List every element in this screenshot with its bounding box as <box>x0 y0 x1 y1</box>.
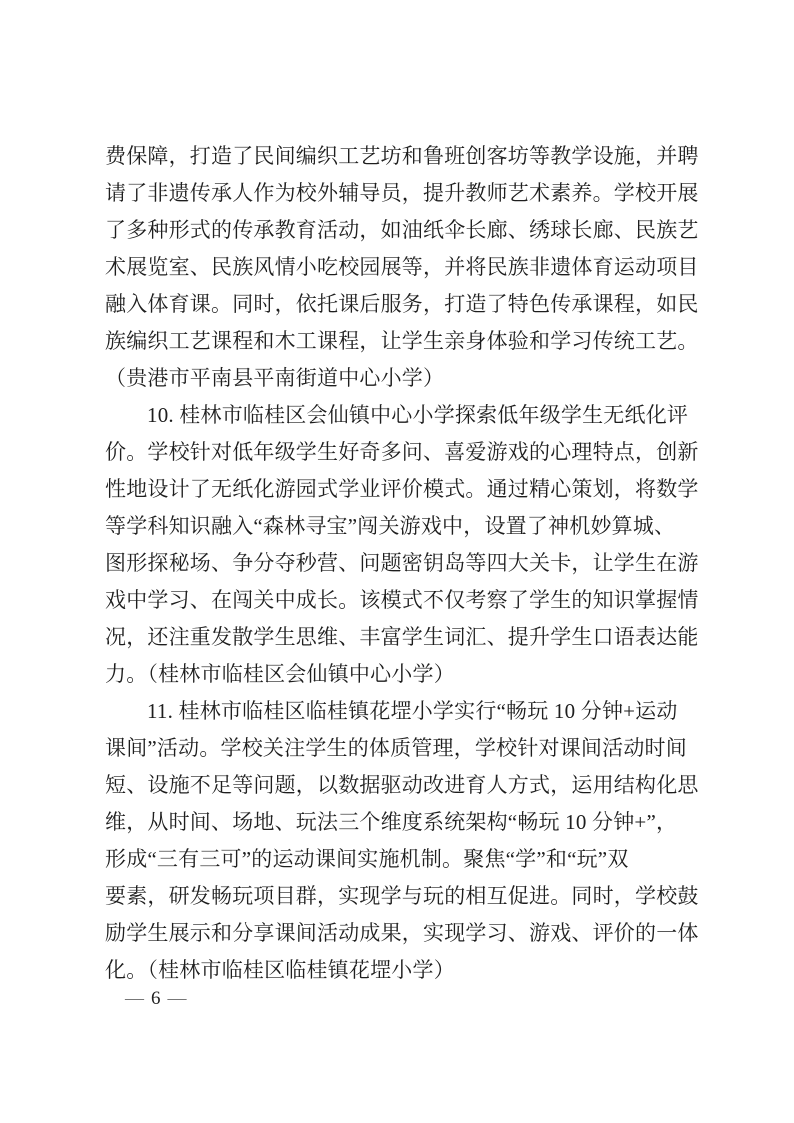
text-line: 10. 桂林市临桂区会仙镇中心小学探索低年级学生无纸化评 <box>105 397 705 434</box>
paragraph-10: 10. 桂林市临桂区会仙镇中心小学探索低年级学生无纸化评价。学校针对低年级学生好… <box>105 397 705 693</box>
text-line: 融入体育课。同时，依托课后服务，打造了特色传承课程，如民 <box>105 286 705 323</box>
text-line: 课间”活动。学校关注学生的体质管理，学校针对课间活动时间 <box>105 730 705 767</box>
page-footer: —6— <box>118 986 194 1012</box>
text-line: （贵港市平南县平南街道中心小学） <box>105 360 705 397</box>
document-body: 费保障，打造了民间编织工艺坊和鲁班创客坊等教学设施，并聘请了非遗传承人作为校外辅… <box>105 138 705 989</box>
text-line: 11. 桂林市临桂区临桂镇花堽小学实行“畅玩 10 分钟+运动 <box>105 693 705 730</box>
text-line: 性地设计了无纸化游园式学业评价模式。通过精心策划，将数学 <box>105 471 705 508</box>
text-line: 力。（桂林市临桂区会仙镇中心小学） <box>105 656 705 693</box>
text-line: 形成“三有三可”的运动课间实施机制。聚焦“学”和“玩”双 <box>105 841 705 878</box>
text-line: 等学科知识融入“森林寻宝”闯关游戏中，设置了神机妙算城、 <box>105 508 705 545</box>
text-line: 费保障，打造了民间编织工艺坊和鲁班创客坊等教学设施，并聘 <box>105 138 705 175</box>
text-line: 价。学校针对低年级学生好奇多问、喜爱游戏的心理特点，创新 <box>105 434 705 471</box>
text-line: 要素，研发畅玩项目群，实现学与玩的相互促进。同时，学校鼓 <box>105 878 705 915</box>
text-line: 励学生展示和分享课间活动成果，实现学习、游戏、评价的一体 <box>105 915 705 952</box>
text-line: 图形探秘场、争分夺秒营、问题密钥岛等四大关卡，让学生在游 <box>105 545 705 582</box>
text-line: 维，从时间、场地、玩法三个维度系统架构“畅玩 10 分钟+”， <box>105 804 705 841</box>
page-number: 6 <box>151 988 161 1009</box>
text-line: 短、设施不足等问题，以数据驱动改进育人方式，运用结构化思 <box>105 767 705 804</box>
text-line: 请了非遗传承人作为校外辅导员，提升教师艺术素养。学校开展 <box>105 175 705 212</box>
text-line: 化。（桂林市临桂区临桂镇花堽小学） <box>105 952 705 989</box>
text-line: 了多种形式的传承教育活动，如油纸伞长廊、绣球长廊、民族艺 <box>105 212 705 249</box>
document-page: 费保障，打造了民间编织工艺坊和鲁班创客坊等教学设施，并聘请了非遗传承人作为校外辅… <box>0 0 794 1123</box>
text-line: 戏中学习、在闯关中成长。该模式不仅考察了学生的知识掌握情 <box>105 582 705 619</box>
footer-dash-left: — <box>125 988 144 1009</box>
footer-dash-right: — <box>168 988 187 1009</box>
text-line: 况，还注重发散学生思维、丰富学生词汇、提升学生口语表达能 <box>105 619 705 656</box>
paragraph-9-continuation: 费保障，打造了民间编织工艺坊和鲁班创客坊等教学设施，并聘请了非遗传承人作为校外辅… <box>105 138 705 397</box>
text-line: 术展览室、民族风情小吃校园展等，并将民族非遗体育运动项目 <box>105 249 705 286</box>
paragraph-11: 11. 桂林市临桂区临桂镇花堽小学实行“畅玩 10 分钟+运动课间”活动。学校关… <box>105 693 705 989</box>
text-line: 族编织工艺课程和木工课程，让学生亲身体验和学习传统工艺。 <box>105 323 705 360</box>
